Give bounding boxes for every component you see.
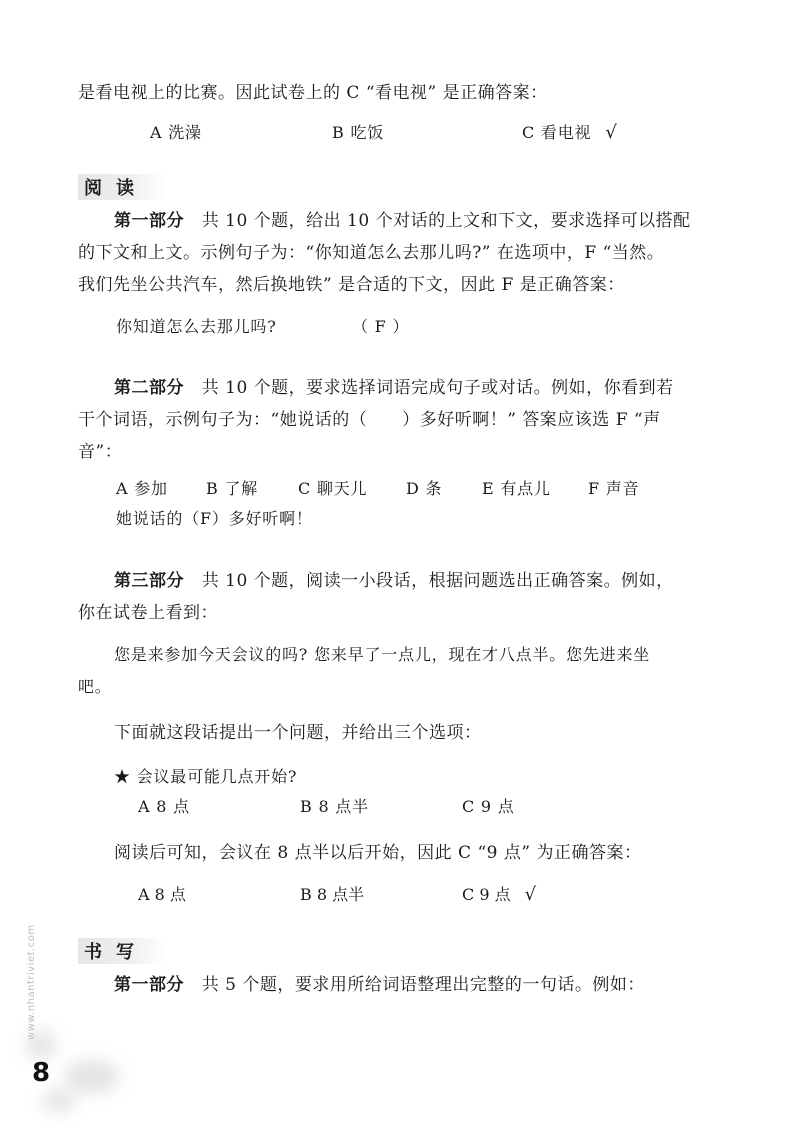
option-a: A 8 点: [138, 794, 190, 817]
writing-part1-line: 第一部分 共 5 个题，要求用所给词语整理出完整的一句话。例如：: [114, 970, 645, 995]
paragraph-text: 共 10 个题，要求选择词语完成句子或对话。例如，你看到若: [202, 378, 674, 398]
option-f: F 声音: [588, 476, 639, 499]
check-mark-icon: √: [605, 122, 617, 143]
paragraph-text: 共 5 个题，要求用所给词语整理出完整的一句话。例如：: [202, 975, 645, 995]
option-c-label: C 9 点: [462, 885, 511, 904]
decorative-blob: [42, 1090, 76, 1112]
reading-part3-explanation: 阅读后可知，会议在 8 点半以后开始，因此 C “9 点” 为正确答案：: [114, 838, 641, 863]
example-answer: （ F ）: [352, 314, 409, 337]
listening-conclusion-line: 是看电视上的比赛。因此试卷上的 C “看电视” 是正确答案：: [78, 78, 548, 103]
watermark: www.nhantriviet.com: [26, 880, 46, 1040]
reading-part2-line-3: 音”：: [78, 437, 122, 462]
option-b: B 8 点半: [300, 882, 364, 905]
option-c: C 聊天儿: [298, 476, 367, 499]
option-c: C 9 点: [462, 794, 515, 817]
reading-part1-line-1: 第一部分 共 10 个题，给出 10 个对话的上文和下文，要求选择可以搭配: [114, 206, 691, 231]
option-c: C 看电视√: [522, 120, 618, 143]
option-d: D 条: [406, 476, 442, 499]
option-c: C 9 点√: [462, 882, 536, 905]
reading-part2-line-1: 第二部分 共 10 个题，要求选择词语完成句子或对话。例如，你看到若: [114, 373, 674, 398]
option-c-label: C 看电视: [522, 123, 591, 142]
reading-part3-question: ★ 会议最可能几点开始?: [114, 764, 297, 787]
part-label: 第一部分: [114, 975, 184, 995]
decorative-blob: [64, 1060, 120, 1094]
option-b: B 吃饭: [332, 120, 384, 143]
page-number: 8: [32, 1058, 50, 1088]
reading-part1-line-3: 我们先坐公共汽车，然后换地铁” 是合适的下文，因此 F 是正确答案：: [78, 270, 625, 295]
option-a: A 8 点: [138, 882, 186, 905]
section-heading-reading: 阅读: [78, 174, 166, 200]
reading-part3-line-1: 第三部分 共 10 个题，阅读一小段话，根据问题选出正确答案。例如，: [114, 566, 674, 591]
decorative-blob: [26, 1030, 56, 1060]
option-b: B 8 点半: [300, 794, 369, 817]
reading-part3-passage-1: 您是来参加今天会议的吗? 您来早了一点儿，现在才八点半。您先进来坐: [114, 642, 650, 665]
part-label: 第三部分: [114, 571, 184, 591]
paragraph-text: 共 10 个题，给出 10 个对话的上文和下文，要求选择可以搭配: [202, 211, 691, 231]
option-a: A 参加: [116, 476, 168, 499]
check-mark-icon: √: [525, 884, 536, 905]
reading-part3-intro: 下面就这段话提出一个问题，并给出三个选项：: [114, 718, 482, 743]
option-b: B 了解: [206, 476, 258, 499]
section-heading-writing: 书写: [78, 938, 166, 964]
reading-part2-line-2: 干个词语，示例句子为：“她说话的（ ）多好听啊！” 答案应该选 F “声: [78, 405, 661, 430]
reading-part1-line-2: 的下文和上文。示例句子为：“你知道怎么去那儿吗?” 在选项中，F “当然。: [78, 238, 664, 263]
option-e: E 有点儿: [482, 476, 551, 499]
reading-part3-passage-2: 吧。: [78, 674, 112, 697]
reading-part3-line-2: 你在试卷上看到：: [78, 598, 218, 623]
option-a: A 洗澡: [150, 120, 202, 143]
part-label: 第二部分: [114, 378, 184, 398]
part-label: 第一部分: [114, 211, 184, 231]
example-question: 你知道怎么去那儿吗?: [116, 314, 277, 337]
reading-part2-example-sentence: 她说话的（F）多好听啊！: [116, 506, 313, 529]
paragraph-text: 共 10 个题，阅读一小段话，根据问题选出正确答案。例如，: [202, 571, 674, 591]
